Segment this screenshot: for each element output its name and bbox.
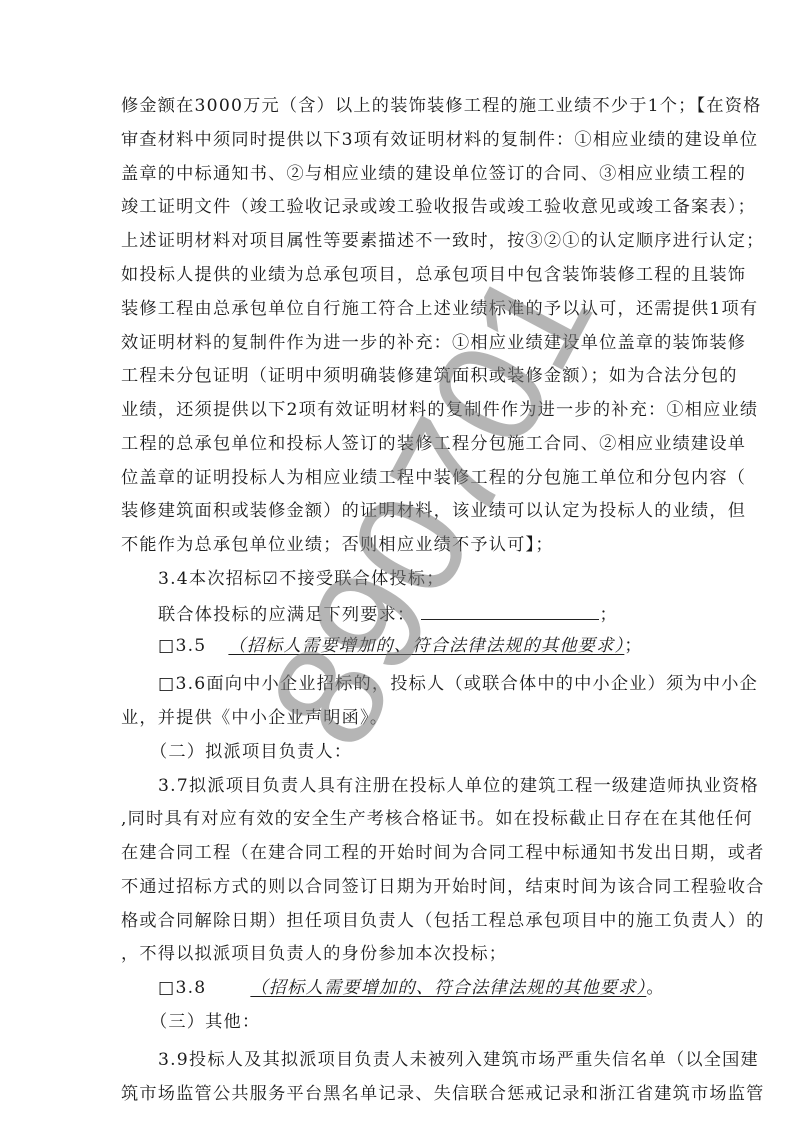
body-line: 上述证明材料对项目属性等要素描述不一致时，按③②①的认定顺序进行认定； [121, 229, 681, 253]
item-3-8-number: 3.8 [175, 978, 206, 998]
item-3-5-suffix: ； [624, 636, 642, 656]
body-line: 业绩，还须提供以下2项有效证明材料的复制件作为进一步的补充：①相应业绩 [121, 398, 681, 422]
item-3-4-prefix: 3.4本次招标 [158, 569, 262, 589]
consortium-requirements: 联合体投标的应满足下列要求：； [158, 601, 681, 625]
item-3-9-line: 3.9投标人及其拟派项目负责人未被列入建筑市场严重失信名单（以全国建 [158, 1048, 681, 1072]
consortium-requirements-field[interactable] [421, 601, 599, 620]
consortium-suffix: ； [599, 605, 617, 625]
item-3-5-placeholder[interactable]: （招标人需要增加的、符合法律法规的其他要求） [206, 636, 624, 656]
item-3-7-line: ,同时具有对应有效的安全生产考核合格证书。如在投标截止日存在在其他任何 [121, 807, 681, 831]
unchecked-checkbox-icon[interactable]: □ [158, 978, 175, 998]
checked-checkbox-icon[interactable]: ☑ [262, 569, 279, 589]
body-line: 效证明材料的复制件作为进一步的补充：①相应业绩建设单位盖章的装饰装修 [121, 331, 681, 355]
section-heading-3: （三）其他： [150, 1010, 673, 1034]
item-3-9-line: 筑市场监管公共服务平台黑名单记录、失信联合惩戒记录和浙江省建筑市场监管 [121, 1082, 681, 1106]
body-line: 位盖章的证明投标人为相应业绩工程中装修工程的分包施工单位和分包内容（ [121, 466, 681, 490]
body-line: 工程的总承包单位和投标人签订的装修工程分包施工合同、②相应业绩建设单 [121, 432, 681, 456]
item-3-6-line: □3.6面向中小企业招标的，投标人（或联合体中的中小企业）须为中小企 [158, 672, 681, 696]
body-line: 盖章的中标通知书、②与相应业绩的建设单位签订的合同、③相应业绩工程的 [121, 162, 681, 186]
item-3-6-line: 业，并提供《中小企业声明函》。 [121, 706, 681, 730]
body-line: 装修工程由总承包单位自行施工符合上述业绩标准的予以认可，还需提供1项有 [121, 297, 681, 321]
item-3-7-line: 3.7拟派项目负责人具有注册在投标人单位的建筑工程一级建造师执业资格 [158, 774, 681, 798]
item-3-7-line: ，不得以拟派项目负责人的身份参加本次投标； [121, 942, 681, 966]
body-line: 工程未分包证明（证明中须明确装修建筑面积或装修金额）；如为合法分包的 [121, 364, 681, 388]
item-3-7-line: 格或合同解除日期）担任项目负责人（包括工程总承包项目中的施工负责人）的 [121, 909, 681, 933]
item-3-4: 3.4本次招标☑不接受联合体投标； [158, 567, 681, 591]
body-line: 审查材料中须同时提供以下3项有效证明材料的复制件：①相应业绩的建设单位 [121, 128, 681, 152]
item-3-7-line: 不通过招标方式的则以合同签订日期为开始时间，结束时间为该合同工程验收合 [121, 875, 681, 899]
document-page: 修金额在3000万元（含）以上的装饰装修工程的施工业绩不少于1个；【在资格 审查… [0, 0, 800, 1131]
body-line: 修金额在3000万元（含）以上的装饰装修工程的施工业绩不少于1个；【在资格 [121, 94, 681, 118]
item-3-8-placeholder[interactable]: （招标人需要增加的、符合法律法规的其他要求） [206, 978, 646, 998]
body-line: 装修建筑面积或装修金额）的证明材料，该业绩可以认定为投标人的业绩，但 [121, 499, 681, 523]
body-line: 竣工证明文件（竣工验收记录或竣工验收报告或竣工验收意见或竣工备案表）； [121, 195, 681, 219]
item-3-4-text: 不接受联合体投标； [279, 569, 445, 589]
consortium-label: 联合体投标的应满足下列要求： [158, 605, 415, 625]
item-3-8-suffix: 。 [646, 978, 664, 998]
body-line: 不能作为总承包单位业绩；否则相应业绩不予认可】； [121, 533, 681, 557]
body-line: 如投标人提供的业绩为总承包项目，总承包项目中包含装饰装修工程的且装饰 [121, 263, 681, 287]
item-3-8: □3.8（招标人需要增加的、符合法律法规的其他要求）。 [158, 976, 681, 1000]
section-heading-2: （二）拟派项目负责人： [150, 740, 673, 764]
item-3-5: □3.5（招标人需要增加的、符合法律法规的其他要求）； [158, 634, 681, 658]
item-3-7-line: 在建合同工程（在建合同工程的开始时间为合同工程中标通知书发出日期，或者 [121, 841, 681, 865]
unchecked-checkbox-icon[interactable]: □ [158, 636, 175, 656]
item-3-5-number: 3.5 [175, 636, 206, 656]
